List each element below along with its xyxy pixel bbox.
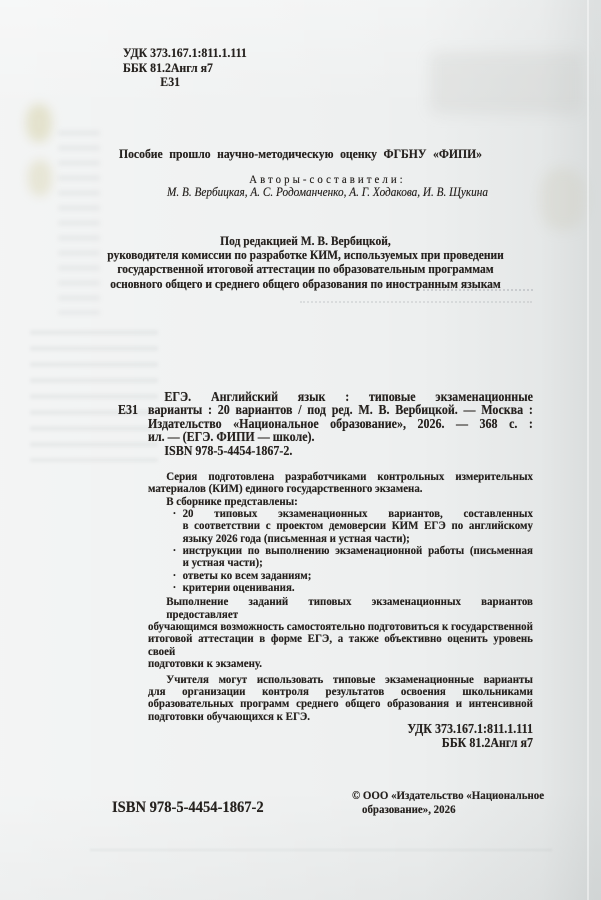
list-item: · 20 типовых экзаменационных вариантов, …: [148, 507, 533, 544]
annotation-line: образовательных программ среднего общего…: [148, 697, 533, 709]
copyright-notice: © ООО «Издательство «Национальное образо…: [352, 789, 544, 817]
list-item: · инструкции по выполнению экзаменационн…: [148, 544, 533, 569]
review-note: Пособие прошло научно-методическую оценк…: [30, 146, 571, 162]
bullet-icon: ·: [173, 507, 177, 519]
ghost-scan-smudge-line: [90, 849, 552, 851]
biblio-isbn: ISBN 978-5-4454-1867-2.: [148, 444, 533, 457]
author-sign: Е31: [123, 75, 247, 90]
annotation-block: Серия подготовлена разработчиками контро…: [148, 470, 533, 722]
list-item-line: в соответствии с проектом демоверсии КИМ…: [183, 519, 533, 531]
ghost-showthrough-blob: [26, 104, 52, 142]
list-item-line: и устная части);: [183, 556, 533, 568]
ghost-toc-showthrough: [30, 330, 158, 462]
bottom-classification-codes: УДК 373.167.1:811.1.111 ББК 81.2Англ я7: [407, 722, 533, 750]
ghost-showthrough-title: [430, 52, 582, 114]
ghost-showthrough-blob: [28, 160, 52, 196]
udk-code: УДК 373.167.1:811.1.111: [407, 722, 533, 736]
authors-names: М. В. Вербицкая, А. С. Родоманченко, А. …: [81, 185, 573, 200]
editor-line: Под редакцией М. В. Вербицкой,: [40, 234, 572, 248]
isbn-number: ISBN 978-5-4454-1867-2: [112, 799, 264, 817]
bibliographic-entry: Е31 ЕГЭ. Английский язык : типовые экзам…: [148, 390, 533, 457]
udk-code: УДК 373.167.1:811.1.111: [123, 46, 247, 61]
editor-line: основного общего и среднего общего образ…: [40, 277, 572, 291]
editor-block: Под редакцией М. В. Вербицкой, руководит…: [40, 234, 572, 291]
bbk-code: ББК 81.2Англ я7: [407, 736, 533, 750]
ghost-toc-leader-dots: [300, 301, 532, 303]
book-imprint-page: УДК 373.167.1:811.1.111 ББК 81.2Англ я7 …: [0, 0, 601, 900]
annotation-line: Выполнение заданий типовых экзаменационн…: [148, 595, 533, 620]
annotation-line: материалов (КИМ) единого государственног…: [148, 482, 533, 494]
copyright-line: образование», 2026: [352, 803, 544, 817]
bullet-icon: ·: [173, 544, 177, 556]
annotation-paragraph: Выполнение заданий типовых экзаменационн…: [148, 595, 533, 669]
annotation-paragraph: Учителя могут использовать типовые экзам…: [148, 673, 533, 722]
author-sign: Е31: [118, 403, 138, 416]
annotation-line: Учителя могут использовать типовые экзам…: [148, 673, 533, 685]
biblio-line: ил. — (ЕГЭ. ФИПИ — школе).: [148, 430, 533, 443]
editor-line: руководителя комиссии по разработке КИМ,…: [40, 248, 572, 262]
list-item-line: критерии оценивания.: [183, 581, 533, 593]
annotation-line: итоговой аттестации в форме ЕГЭ, а также…: [148, 632, 533, 657]
editor-line: государственной итоговой аттестации по о…: [40, 262, 572, 276]
bbk-code: ББК 81.2Англ я7: [123, 61, 247, 76]
top-classification-codes: УДК 373.167.1:811.1.111 ББК 81.2Англ я7 …: [123, 46, 247, 90]
scan-streak: [587, 0, 589, 900]
bullet-icon: ·: [173, 581, 177, 593]
biblio-line: Издательство «Национальное образование»,…: [148, 417, 533, 430]
annotation-line: подготовки к экзамену.: [148, 657, 533, 669]
list-item: · критерии оценивания.: [148, 581, 533, 593]
biblio-line: варианты : 20 вариантов / под ред. М. В.…: [148, 403, 533, 416]
biblio-line: ЕГЭ. Английский язык : типовые экзаменац…: [148, 390, 533, 403]
copyright-line: © ООО «Издательство «Национальное: [352, 789, 544, 803]
